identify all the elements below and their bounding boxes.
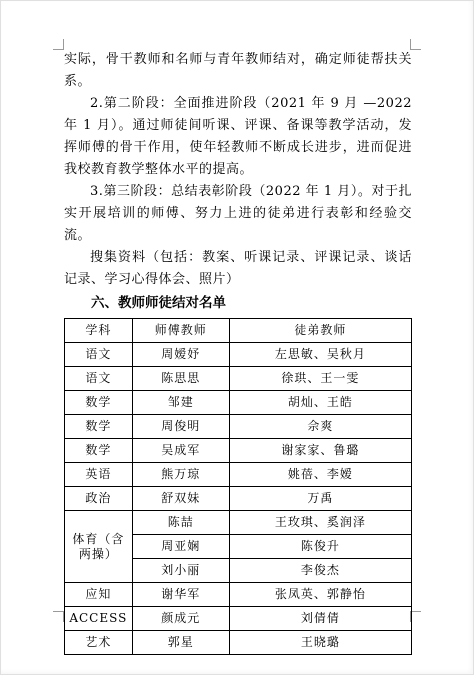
cell-apprentice: 万禹 [229,487,411,511]
cell-apprentice: 王玫琪、奚润泽 [229,511,411,535]
cell-mentor: 陈喆 [132,511,229,535]
cell-subject: 英语 [65,463,133,487]
cell-mentor: 舒双妹 [132,487,229,511]
cell-apprentice: 姚蓓、李嫒 [229,463,411,487]
cell-apprentice: 谢家家、鲁璐 [229,439,411,463]
table-row: 语文 周嫒妤 左思敏、吴秋月 [65,343,412,367]
cell-mentor: 郭星 [132,631,229,655]
cell-subject: 语文 [65,343,133,367]
cell-subject: 艺术 [65,631,133,655]
table-row: 政治 舒双妹 万禹 [65,487,412,511]
table-row: 体育（含两操） 陈喆 王玫琪、奚润泽 [65,511,412,535]
header-subject: 学科 [65,319,133,343]
cell-mentor: 谢华军 [132,583,229,607]
document-page: 实际，骨干教师和名师与青年教师结对，确定师徒帮扶关系。 2.第二阶段：全面推进阶… [0,0,474,675]
cell-subject: ACCESS [65,607,133,631]
cell-subject: 政治 [65,487,133,511]
table-row: 数学 邹建 胡灿、王皓 [65,391,412,415]
paragraph-phase3: 3.第三阶段：总结表彰阶段（2022 年 1 月）。对于扎实开展培训的师傅、努力… [64,181,412,247]
cell-mentor: 周亚娴 [132,535,229,559]
cell-mentor: 吴成军 [132,439,229,463]
paragraph-continuation: 实际，骨干教师和名师与青年教师结对，确定师徒帮扶关系。 [64,49,412,93]
cell-mentor: 刘小丽 [132,559,229,583]
cell-apprentice: 左思敏、吴秋月 [229,343,411,367]
cell-apprentice: 王晓璐 [229,631,411,655]
cell-mentor: 周嫒妤 [132,343,229,367]
pairing-table: 学科 师傅教师 徒弟教师 语文 周嫒妤 左思敏、吴秋月 语文 陈思思 徐珙、王一… [64,318,412,655]
paragraph-phase2: 2.第二阶段：全面推进阶段（2021 年 9 月 —2022 年 1 月）。通过… [64,93,412,181]
cell-subject-merged: 体育（含两操） [65,511,133,583]
cell-subject: 数学 [65,415,133,439]
table-row: 艺术 郭星 王晓璐 [65,631,412,655]
table-row: 应知 谢华军 张凤英、郭静怡 [65,583,412,607]
cell-subject: 语文 [65,367,133,391]
cell-subject: 数学 [65,439,133,463]
table-header-row: 学科 师傅教师 徒弟教师 [65,319,412,343]
text-boundary-mark [53,611,64,622]
cell-subject: 应知 [65,583,133,607]
cell-mentor: 周俊明 [132,415,229,439]
cell-apprentice: 陈俊升 [229,535,411,559]
cell-apprentice: 佘爽 [229,415,411,439]
cell-apprentice: 胡灿、王皓 [229,391,411,415]
document-body: 实际，骨干教师和名师与青年教师结对，确定师徒帮扶关系。 2.第二阶段：全面推进阶… [64,49,412,655]
cell-mentor: 颜成元 [132,607,229,631]
header-apprentice: 徒弟教师 [229,319,411,343]
table-row: 语文 陈思思 徐珙、王一雯 [65,367,412,391]
section-heading: 六、教师师徒结对名单 [64,291,412,315]
table-row: ACCESS 颜成元 刘倩倩 [65,607,412,631]
cell-apprentice: 李俊杰 [229,559,411,583]
table-row: 数学 吴成军 谢家家、鲁璐 [65,439,412,463]
header-mentor: 师傅教师 [132,319,229,343]
cell-apprentice: 张凤英、郭静怡 [229,583,411,607]
paragraph-materials: 搜集资料（包括：教案、听课记录、评课记录、谈话记录、学习心得体会、照片） [64,247,412,291]
text-boundary-mark [53,39,64,50]
cell-mentor: 熊万琼 [132,463,229,487]
cell-mentor: 陈思思 [132,367,229,391]
cell-mentor: 邹建 [132,391,229,415]
cell-subject: 数学 [65,391,133,415]
cell-apprentice: 刘倩倩 [229,607,411,631]
cell-apprentice: 徐珙、王一雯 [229,367,411,391]
table-row: 英语 熊万琼 姚蓓、李嫒 [65,463,412,487]
table-row: 数学 周俊明 佘爽 [65,415,412,439]
